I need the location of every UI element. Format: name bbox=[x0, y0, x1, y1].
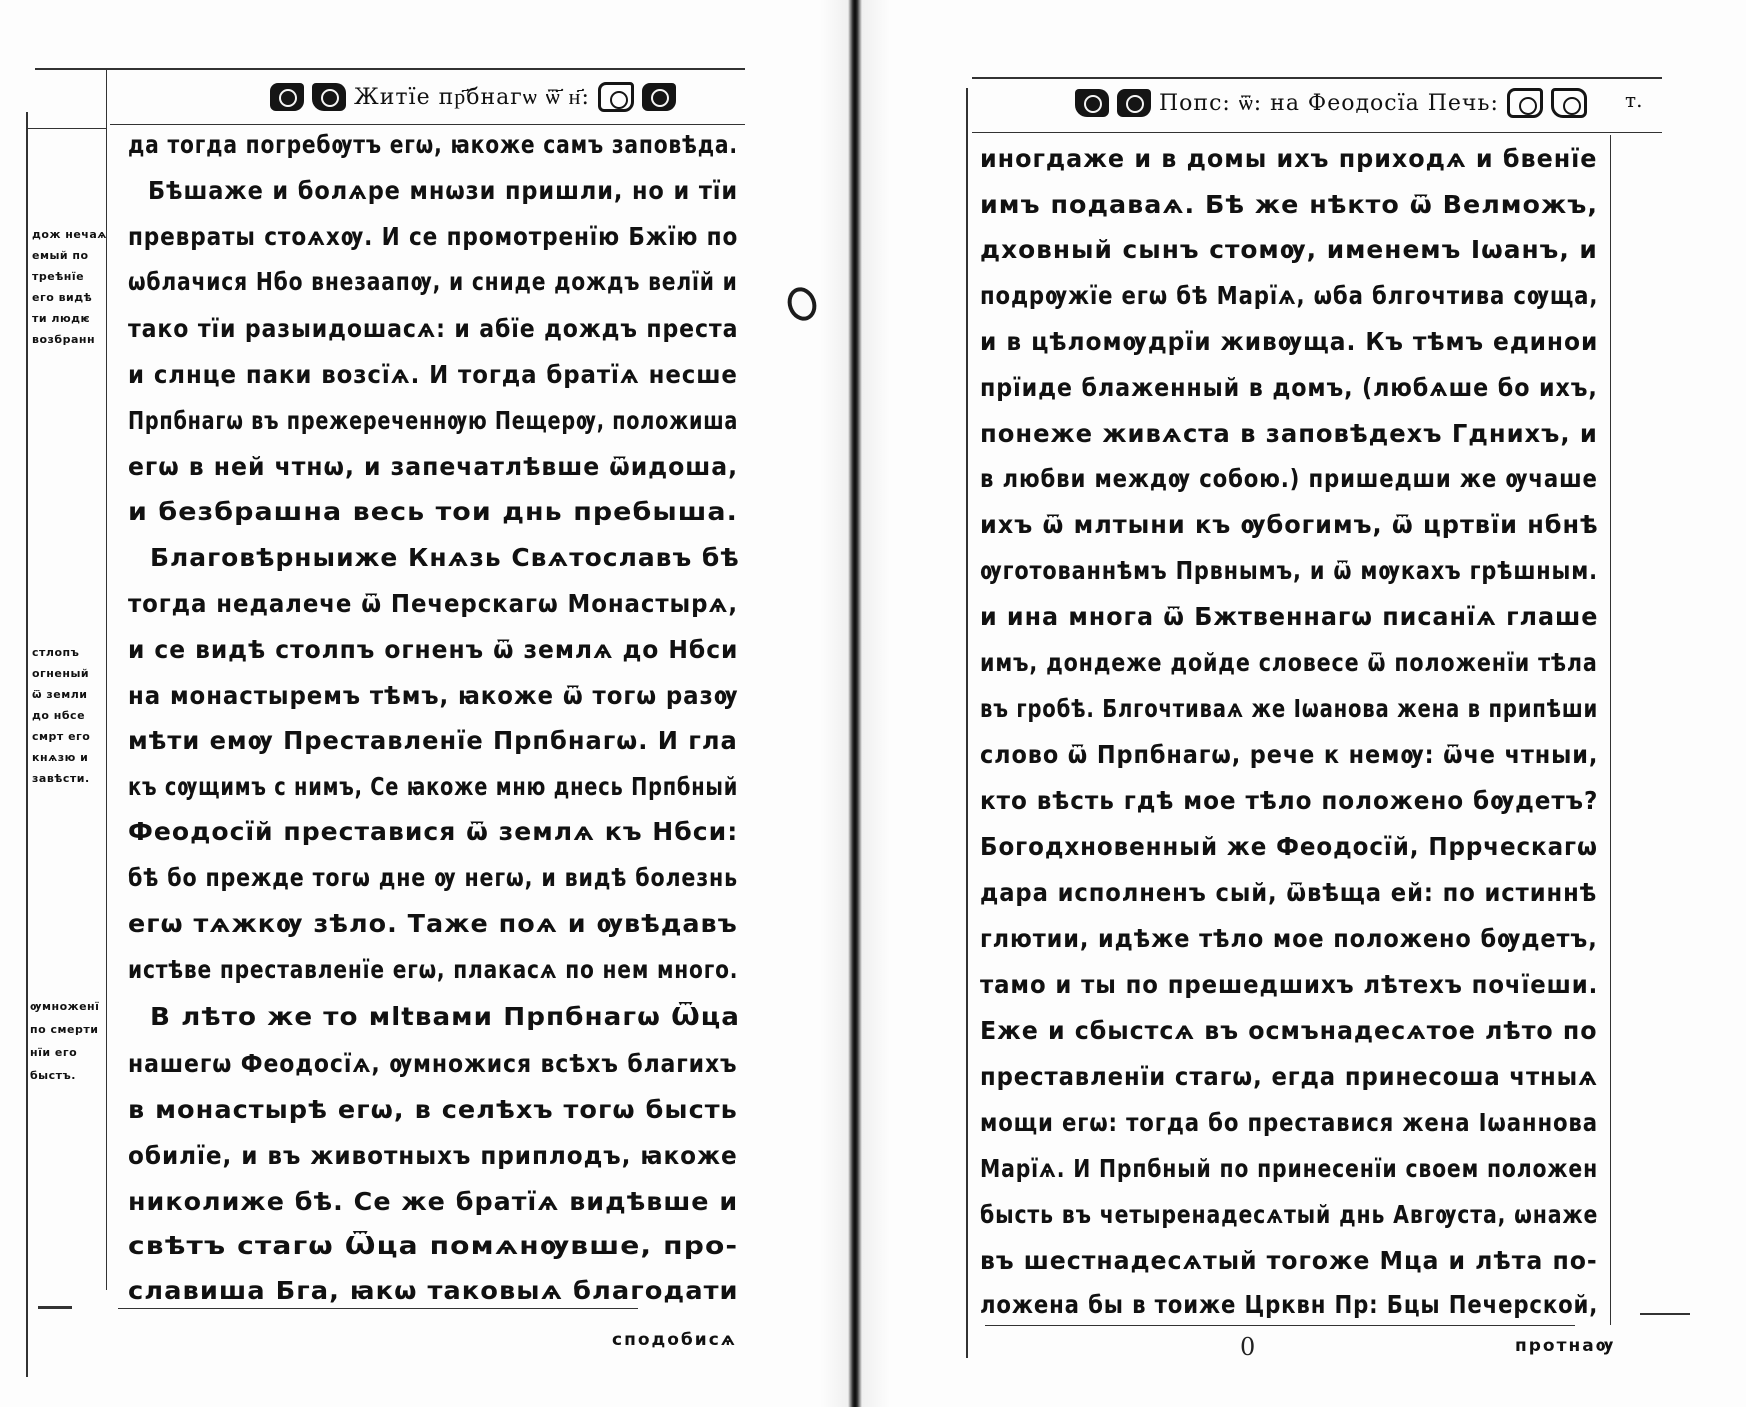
right-margin-foot-mark bbox=[1640, 1313, 1690, 1315]
right-catchword: протнаѹ bbox=[1515, 1336, 1615, 1356]
signature-mark: 0 bbox=[1240, 1333, 1255, 1361]
right-inner-rule bbox=[1610, 135, 1611, 1325]
text-line: бѣ бо прежде тогѡ дне ѹ негѡ, и видѣ бол… bbox=[128, 863, 738, 893]
headpiece-ornament-icon bbox=[270, 83, 304, 111]
margin-note-line: нїи его bbox=[30, 1046, 99, 1059]
margin-note-line: его видѣ bbox=[32, 291, 107, 304]
text-line: бысть въ четыренадесѧтый днь Авгѹста, ѡн… bbox=[980, 1200, 1598, 1230]
margin-note-3: ѹмноженї по смерти нїи его быстъ. bbox=[30, 1000, 99, 1082]
text-line: Прпбнагѡ въ прежереченнѹю Пещерѹ, положи… bbox=[128, 406, 738, 436]
text-line: въ гробѣ. Блгочтиваѧ же Іѡанова жена в п… bbox=[980, 694, 1598, 724]
margin-note-line: завѣсти. bbox=[32, 772, 90, 785]
text-line: истѣве преставленїе егѡ, плакасѧ по нем … bbox=[128, 955, 738, 985]
text-line: и в цѣломѹдрїи живѹща. Къ тѣмъ единои bbox=[980, 327, 1598, 357]
margin-note-line: стлопъ bbox=[32, 646, 90, 659]
text-line: преставленїи стагѡ, егда принесоша чтныѧ bbox=[980, 1062, 1598, 1092]
text-line: ихъ ѿ млтыни къ ѹбогимъ, ѿ цртвїи нбнѣ bbox=[980, 510, 1599, 540]
book-spine bbox=[848, 0, 862, 1407]
text-line: кто вѣсть гдѣ мое тѣло положено бѹдетъ? bbox=[980, 786, 1598, 816]
text-line: подрѹжїе егѡ бѣ Марїѧ, ѡба блгочтива сѹщ… bbox=[980, 281, 1598, 311]
left-foot-rule bbox=[118, 1308, 638, 1309]
text-line: Бѣшаже и болѧре мнѡзи пришли, но и тїи bbox=[148, 176, 738, 206]
margin-note-line: огненый bbox=[32, 667, 90, 680]
text-line: ѹготованнѣмъ Првнымъ, и ѿ мѹкахъ грѣшным… bbox=[980, 556, 1598, 586]
text-line: глютии, идѣже тѣло мое положено бѹдетъ, bbox=[980, 924, 1598, 954]
text-line: да тогда погребѹтъ егѡ, ꙗкоже самъ запов… bbox=[128, 130, 738, 160]
text-line: в любви междѹ собою.) пришедши же ѹчаше bbox=[980, 464, 1598, 494]
text-line: ложена бы в тоиже Црквн Пр: Бцы Печерско… bbox=[980, 1290, 1598, 1320]
text-line: понеже живѧста в заповѣдехъ Гднихъ, и bbox=[980, 419, 1598, 449]
margin-note-line: смрт его bbox=[32, 730, 90, 743]
text-line: в монастырѣ егѡ, в селѣхъ тогѡ бысть bbox=[128, 1095, 738, 1125]
text-line: тако тїи разыидошасѧ: и абїе дождъ прест… bbox=[128, 314, 738, 344]
margin-note-line: треѣнїе bbox=[32, 270, 107, 283]
right-foot-rule bbox=[985, 1325, 1575, 1326]
text-line: егѡ в ней чтнѡ, и запечатлѣвше ѿидоша, bbox=[128, 452, 738, 482]
text-line: мощи егѡ: тогда бо преставися жена Іѡанн… bbox=[980, 1108, 1598, 1138]
binding-hole bbox=[783, 283, 821, 325]
margin-note-line: ти людѥ bbox=[32, 312, 107, 325]
folio-number: т. bbox=[1625, 88, 1642, 112]
left-header-rule bbox=[110, 124, 745, 125]
text-line: слово ѿ Прпбнагѡ, рече к немѹ: ѿче чтныи… bbox=[980, 740, 1598, 770]
margin-note-line: быстъ. bbox=[30, 1069, 99, 1082]
text-line: тогда недалече ѿ Печерскагѡ Монастырѧ, bbox=[128, 589, 738, 619]
left-margin-foot-mark bbox=[38, 1306, 72, 1309]
margin-note-1: дож нечаѧ емый по треѣнїе его видѣ ти лю… bbox=[32, 228, 107, 346]
margin-note-line: емый по bbox=[32, 249, 107, 262]
left-catchword: сподобисѧ bbox=[612, 1330, 737, 1350]
margin-note-line: ѹмноженї bbox=[30, 1000, 99, 1013]
text-line: ѡблачися Нбо внезаапѹ, и сниде дождъ вел… bbox=[128, 267, 738, 297]
text-line: къ сѹщимъ с нимъ, Се ꙗкоже мню днесь Прп… bbox=[128, 772, 738, 802]
text-line: тамо и ты по прешедшихъ лѣтехъ почїеши. bbox=[980, 970, 1598, 1000]
left-margin-header-rule bbox=[28, 128, 106, 129]
left-outer-rule bbox=[26, 112, 28, 1377]
margin-note-line: возбранн bbox=[32, 333, 107, 346]
text-line: иногдаже и в домы ихъ приходѧ и бвенїе bbox=[980, 144, 1597, 174]
text-line: и безбрашна весь тои днь пребыша. bbox=[128, 497, 738, 527]
text-line: нашегѡ Феодосїѧ, ѹмножися всѣхъ благихъ bbox=[128, 1049, 737, 1079]
headpiece-ornament-icon bbox=[1075, 89, 1109, 117]
text-line: егѡ тѧжкѹ зѣло. Таже поѧ и ѹвѣдавъ bbox=[128, 909, 738, 939]
left-running-head-text: Житїе пр҃бнагѡ ѿ҃ н҃: bbox=[354, 84, 590, 110]
text-line: Благовѣрныиже Кнѧзь Свѧтославъ бѣ bbox=[150, 543, 740, 573]
text-line: славиша Бга, ꙗкѡ таковыѧ благодати bbox=[128, 1276, 739, 1306]
margin-note-line: по смерти bbox=[30, 1023, 99, 1036]
headpiece-ornament-icon bbox=[598, 82, 634, 112]
text-line: на монастыремъ тѣмъ, ꙗкоже ѿ тогѡ разѹ bbox=[128, 681, 739, 711]
left-top-rule bbox=[35, 68, 745, 70]
text-line: Богодхновенный же Феодосїй, Пррческагѡ bbox=[980, 832, 1598, 862]
text-line: обилїе, и въ животныхъ приплодъ, ꙗкоже bbox=[128, 1141, 738, 1171]
right-running-head: Попс: ѿ: на Феодосїа Печь: bbox=[1075, 88, 1587, 118]
headpiece-ornament-icon bbox=[642, 83, 676, 111]
text-line: превраты стоѧхѹ. И се промотренїю Бжїю п… bbox=[128, 222, 738, 252]
right-top-rule bbox=[972, 77, 1662, 79]
text-line: и ина многа ѿ Бжтвеннагѡ писанїѧ глаше bbox=[980, 602, 1598, 632]
text-line: В лѣто же то мltвами Прпбнагѡ Ѿца bbox=[150, 1002, 740, 1032]
text-line: имъ подаваѧ. Бѣ же нѣкто ѿ Велможъ, bbox=[980, 190, 1598, 220]
text-line: въ шестнадесѧтый тогоже Мца и лѣта по- bbox=[980, 1246, 1598, 1276]
headpiece-ornament-icon bbox=[1117, 89, 1151, 117]
text-line: дара исполненъ сый, ѿвѣща ей: по истиннѣ bbox=[980, 878, 1597, 908]
text-line: прїиде блаженный в домъ, (любѧше бо ихъ, bbox=[980, 373, 1598, 403]
margin-note-line: до нбсе bbox=[32, 709, 90, 722]
text-line: свѣтъ стагѡ Ѿца помѧнѹвше, про- bbox=[128, 1231, 738, 1261]
text-line: Еже и сбыстсѧ въ осмънадесѧтое лѣто по bbox=[980, 1016, 1597, 1046]
text-line: мѣти емѹ Преставленїе Прпбнагѡ. И гла bbox=[128, 726, 738, 756]
text-line: Феодосїй преставися ѿ землѧ къ Нбси: bbox=[128, 817, 738, 847]
text-line: николиже бѣ. Се же братїѧ видѣвше и bbox=[128, 1187, 738, 1217]
left-running-head: Житїе пр҃бнагѡ ѿ҃ н҃: bbox=[270, 82, 676, 112]
right-running-head-text: Попс: ѿ: на Феодосїа Печь: bbox=[1159, 90, 1499, 116]
text-line: Марїѧ. И Прпбный по принесенїи своем пол… bbox=[980, 1154, 1598, 1184]
headpiece-ornament-icon bbox=[1551, 88, 1587, 118]
text-line: дховный сынъ стомѹ, именемъ Іѡанъ, и bbox=[980, 235, 1598, 265]
right-outer-rule bbox=[966, 88, 968, 1358]
text-line: и слнце паки возсїѧ. И тогда братїѧ несш… bbox=[128, 360, 738, 390]
headpiece-ornament-icon bbox=[1507, 88, 1543, 118]
margin-note-line: дож нечаѧ bbox=[32, 228, 107, 241]
margin-note-line: кнѧзю и bbox=[32, 751, 90, 764]
text-line: имъ, дондеже дойде словесе ѿ положенїи т… bbox=[980, 648, 1598, 678]
text-line: и се видѣ столпъ огненъ ѿ землѧ до Нбси bbox=[128, 635, 738, 665]
margin-note-line: ѿ земли bbox=[32, 688, 90, 701]
headpiece-ornament-icon bbox=[312, 83, 346, 111]
right-header-rule bbox=[972, 132, 1662, 133]
margin-note-2: стлопъ огненый ѿ земли до нбсе смрт его … bbox=[32, 646, 90, 785]
